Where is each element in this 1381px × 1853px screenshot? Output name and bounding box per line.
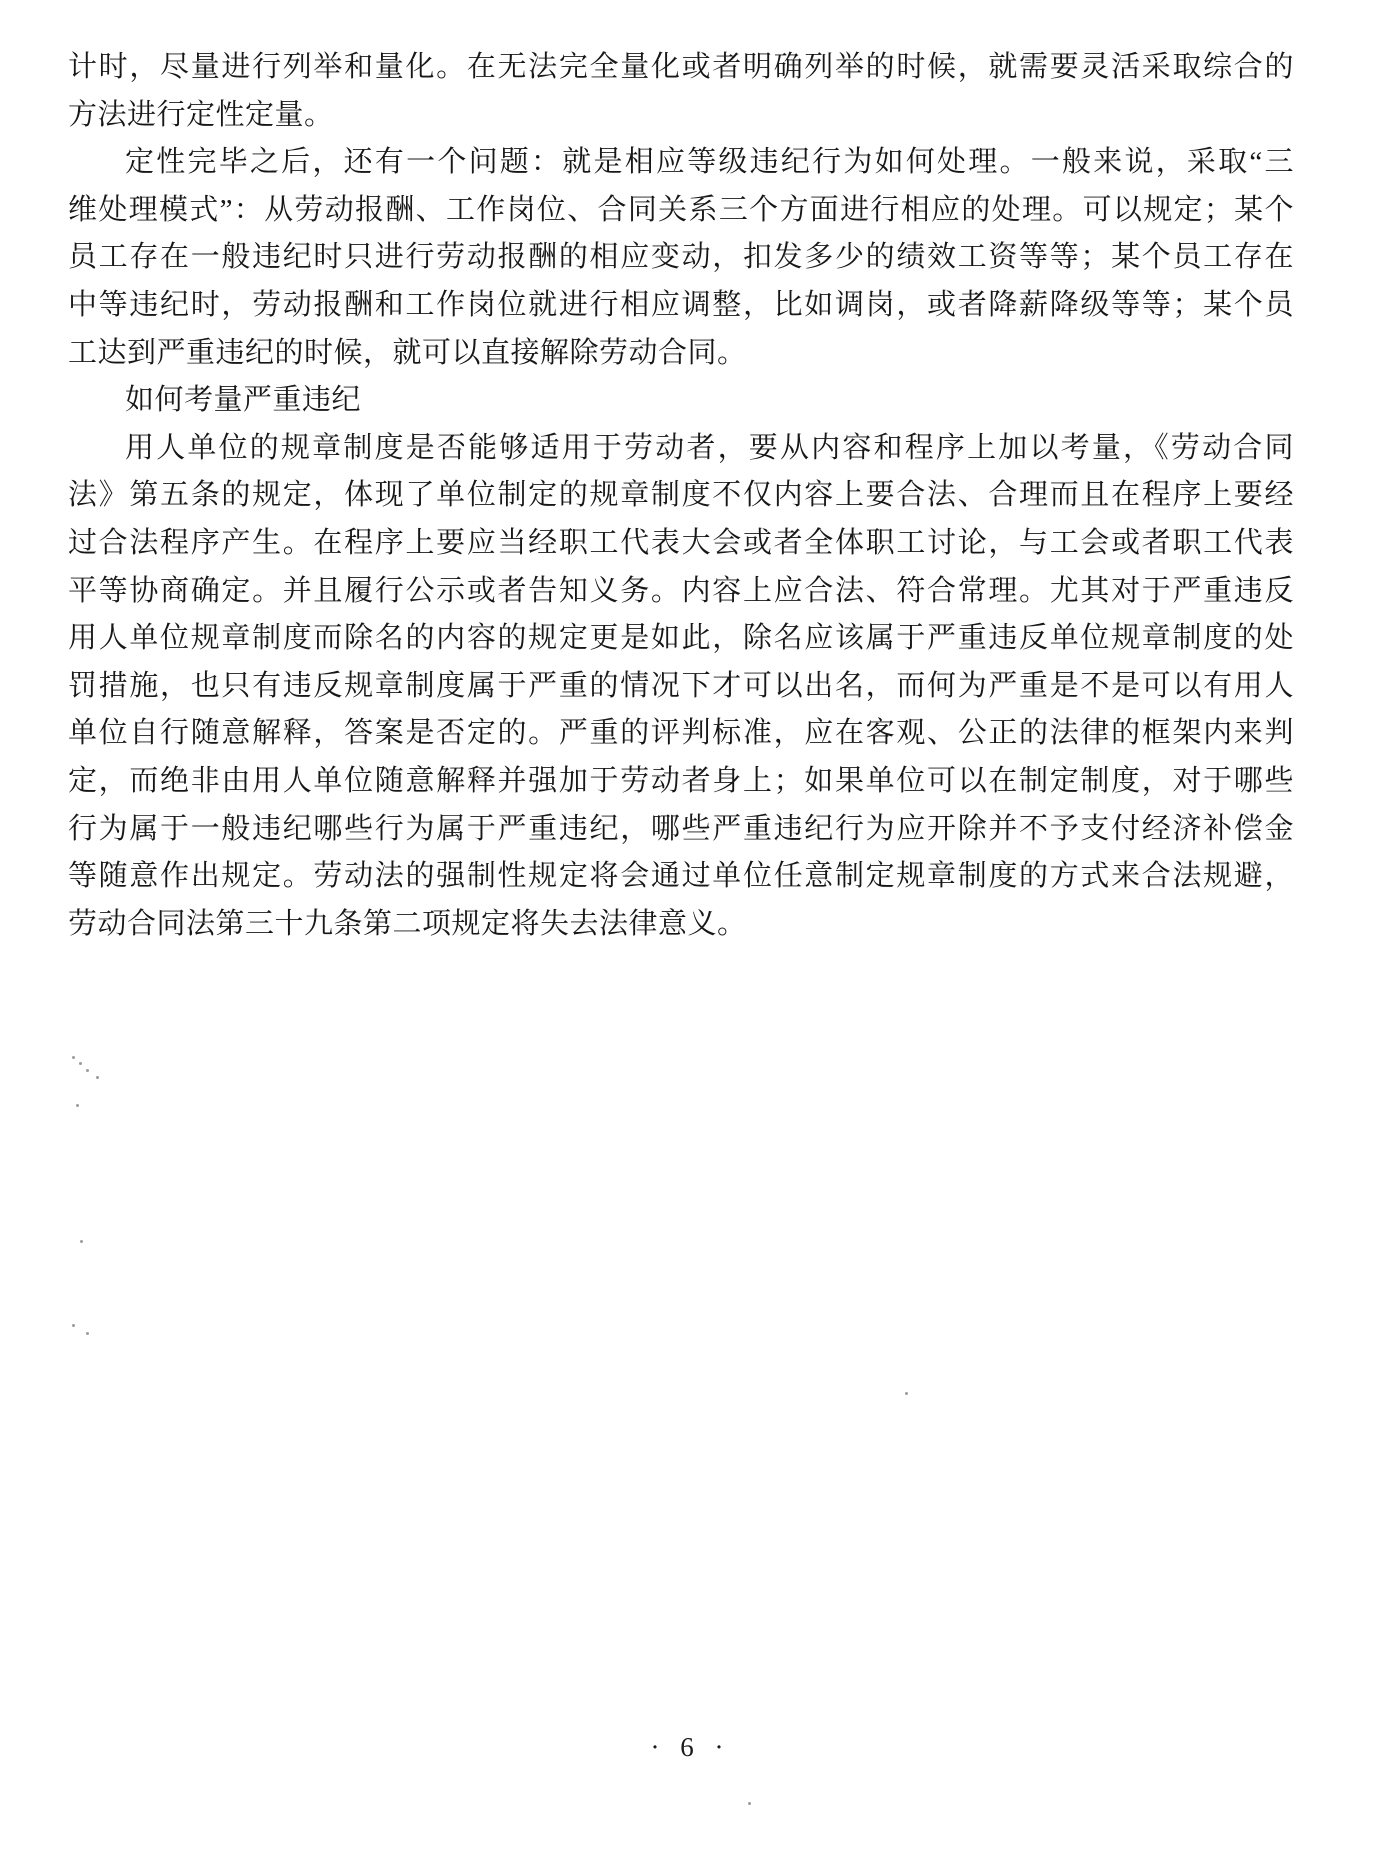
- text-line: 等随意作出规定。劳动法的强制性规定将会通过单位任意制定规章制度的方式来合法规避，: [68, 853, 1294, 901]
- text-line: 单位自行随意解释，答案是否定的。严重的评判标准，应在客观、公正的法律的框架内来判: [68, 710, 1294, 758]
- scan-speck: [72, 1324, 75, 1327]
- text-line: 定，而绝非由用人单位随意解释并强加于劳动者身上；如果单位可以在制定制度，对于哪些: [68, 758, 1294, 806]
- scan-speck: [80, 1240, 83, 1243]
- text-line: 罚措施，也只有违反规章制度属于严重的情况下才可以出名，而何为严重是不是可以有用人: [68, 663, 1294, 711]
- scanned-document-page: 计时，尽量进行列举和量化。在无法完全量化或者明确列举的时候，就需要灵活采取综合的…: [0, 0, 1381, 1853]
- text-line: 平等协商确定。并且履行公示或者告知义务。内容上应合法、符合常理。尤其对于严重违反: [68, 568, 1294, 616]
- text-line: 定性完毕之后，还有一个问题：就是相应等级违纪行为如何处理。一般来说，采取“三: [68, 139, 1294, 187]
- text-line: 维处理模式”：从劳动报酬、工作岗位、合同关系三个方面进行相应的处理。可以规定；某…: [68, 187, 1294, 235]
- scan-speck: [96, 1076, 99, 1079]
- scan-speck: [86, 1332, 89, 1335]
- scan-speck: [79, 1062, 82, 1065]
- text-line: 行为属于一般违纪哪些行为属于严重违纪，哪些严重违纪行为应开除并不予支付经济补偿金: [68, 806, 1294, 854]
- scan-speck: [86, 1069, 89, 1072]
- text-line: 用人单位的规章制度是否能够适用于劳动者，要从内容和程序上加以考量，《劳动合同: [68, 425, 1294, 473]
- text-line: 过合法程序产生。在程序上要应当经职工代表大会或者全体职工讨论，与工会或者职工代表: [68, 520, 1294, 568]
- text-line: 工达到严重违纪的时候，就可以直接解除劳动合同。: [68, 330, 1294, 378]
- document-body: 计时，尽量进行列举和量化。在无法完全量化或者明确列举的时候，就需要灵活采取综合的…: [68, 44, 1294, 948]
- scan-speck: [72, 1056, 75, 1059]
- text-line: 用人单位规章制度而除名的内容的规定更是如此，除名应该属于严重违反单位规章制度的处: [68, 615, 1294, 663]
- text-line: 方法进行定性定量。: [68, 92, 1294, 140]
- scan-speck: [76, 1104, 79, 1107]
- text-line: 中等违纪时，劳动报酬和工作岗位就进行相应调整，比如调岗，或者降薪降级等等；某个员: [68, 282, 1294, 330]
- page-number: · 6 ·: [0, 1732, 1381, 1763]
- text-line: 计时，尽量进行列举和量化。在无法完全量化或者明确列举的时候，就需要灵活采取综合的: [68, 44, 1294, 92]
- text-line: 法》第五条的规定，体现了单位制定的规章制度不仅内容上要合法、合理而且在程序上要经: [68, 472, 1294, 520]
- scan-speck: [748, 1802, 751, 1805]
- text-line: 员工存在一般违纪时只进行劳动报酬的相应变动，扣发多少的绩效工资等等；某个员工存在: [68, 234, 1294, 282]
- text-line: 劳动合同法第三十九条第二项规定将失去法律意义。: [68, 901, 1294, 949]
- text-line: 如何考量严重违纪: [68, 377, 1294, 425]
- scan-speck: [905, 1392, 908, 1395]
